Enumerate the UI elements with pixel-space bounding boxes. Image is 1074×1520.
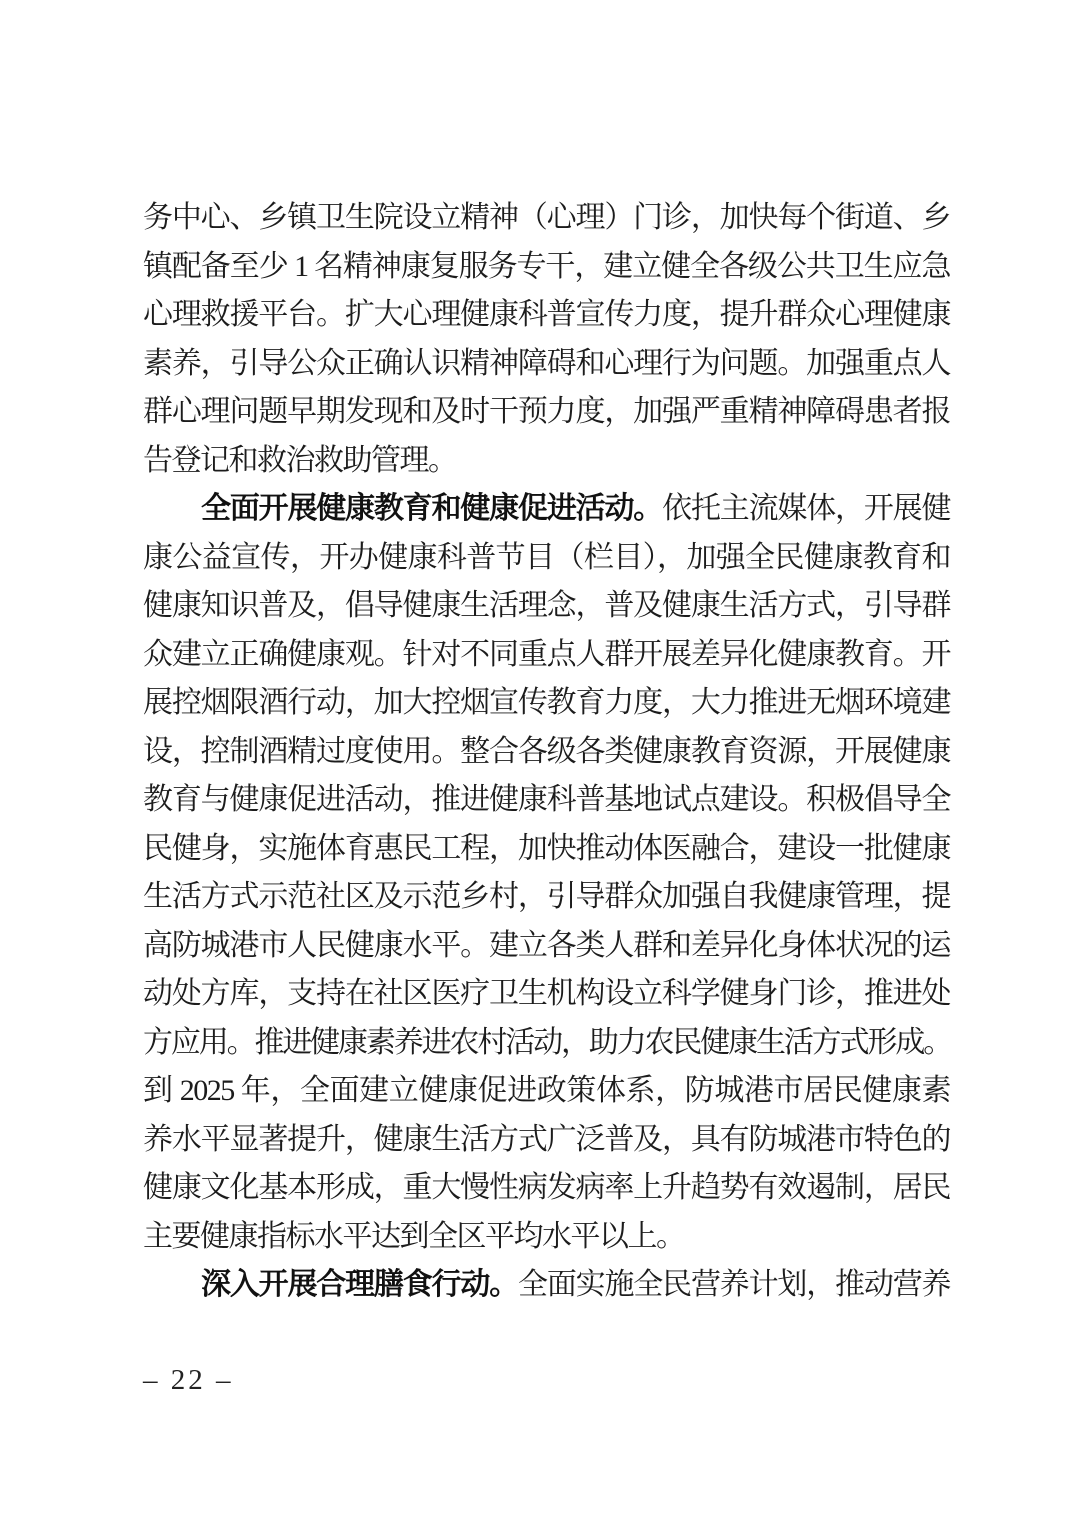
text-line: 全面开展健康教育和健康促进活动。依托主流媒体，开展健 bbox=[143, 485, 950, 534]
line-text: 方应用。推进健康素养进农村活动，助力农民健康生活方式形成。 bbox=[143, 1026, 950, 1059]
paragraph-heading: 深入开展合理膳食行动。 bbox=[201, 1268, 518, 1301]
paragraph-heading: 全面开展健康教育和健康促进活动。 bbox=[201, 492, 662, 525]
text-line: 务中心、乡镇卫生院设立精神（心理）门诊，加快每个街道、乡 bbox=[143, 194, 950, 243]
line-text: 康公益宣传，开办健康科普节目（栏目），加强全民健康教育和 bbox=[143, 541, 950, 574]
text-line: 心理救援平台。扩大心理健康科普宣传力度，提升群众心理健康 bbox=[143, 291, 950, 340]
document-body: 务中心、乡镇卫生院设立精神（心理）门诊，加快每个街道、乡 镇配备至少 1 名精神… bbox=[143, 194, 950, 1310]
line-text: 民健身，实施体育惠民工程，加快推动体医融合，建设一批健康 bbox=[143, 832, 950, 865]
line-text: 养水平显著提升，健康生活方式广泛普及，具有防城港市特色的 bbox=[143, 1123, 950, 1156]
text-line: 养水平显著提升，健康生活方式广泛普及，具有防城港市特色的 bbox=[143, 1116, 950, 1165]
document-page: 务中心、乡镇卫生院设立精神（心理）门诊，加快每个街道、乡 镇配备至少 1 名精神… bbox=[0, 0, 1074, 1520]
line-text: 设，控制酒精过度使用。整合各级各类健康教育资源，开展健康 bbox=[143, 735, 950, 768]
text-line: 教育与健康促进活动，推进健康科普基地试点建设。积极倡导全 bbox=[143, 776, 950, 825]
text-line: 健康知识普及，倡导健康生活理念，普及健康生活方式，引导群 bbox=[143, 582, 950, 631]
text-line: 设，控制酒精过度使用。整合各级各类健康教育资源，开展健康 bbox=[143, 728, 950, 777]
text-line: 镇配备至少 1 名精神康复服务专干，建立健全各级公共卫生应急 bbox=[143, 243, 950, 292]
line-text: 健康文化基本形成，重大慢性病发病率上升趋势有效遏制，居民 bbox=[143, 1171, 950, 1204]
line-text: 教育与健康促进活动，推进健康科普基地试点建设。积极倡导全 bbox=[143, 783, 950, 816]
text-line: 到 2025 年，全面建立健康促进政策体系，防城港市居民健康素 bbox=[143, 1067, 950, 1116]
text-line: 众建立正确健康观。针对不同重点人群开展差异化健康教育。开 bbox=[143, 631, 950, 680]
line-text: 高防城港市人民健康水平。建立各类人群和差异化身体状况的运 bbox=[143, 929, 950, 962]
text-line: 方应用。推进健康素养进农村活动，助力农民健康生活方式形成。 bbox=[143, 1019, 950, 1068]
text-line: 主要健康指标水平达到全区平均水平以上。 bbox=[143, 1213, 950, 1262]
line-text: 到 2025 年，全面建立健康促进政策体系，防城港市居民健康素 bbox=[143, 1074, 950, 1107]
line-text: 群心理问题早期发现和及时干预力度，加强严重精神障碍患者报 bbox=[143, 395, 950, 428]
line-text: 生活方式示范社区及示范乡村，引导群众加强自我健康管理，提 bbox=[143, 880, 950, 913]
text-line: 动处方库，支持在社区医疗卫生机构设立科学健身门诊，推进处 bbox=[143, 970, 950, 1019]
text-line: 高防城港市人民健康水平。建立各类人群和差异化身体状况的运 bbox=[143, 922, 950, 971]
text-line: 康公益宣传，开办健康科普节目（栏目），加强全民健康教育和 bbox=[143, 534, 950, 583]
line-text: 主要健康指标水平达到全区平均水平以上。 bbox=[143, 1220, 685, 1253]
page-number: – 22 – bbox=[143, 1364, 234, 1397]
text-line: 告登记和救治救助管理。 bbox=[143, 437, 950, 486]
text-line: 健康文化基本形成，重大慢性病发病率上升趋势有效遏制，居民 bbox=[143, 1164, 950, 1213]
text-line: 深入开展合理膳食行动。全面实施全民营养计划，推动营养 bbox=[143, 1261, 950, 1310]
text-line: 生活方式示范社区及示范乡村，引导群众加强自我健康管理，提 bbox=[143, 873, 950, 922]
text-line: 素养，引导公众正确认识精神障碍和心理行为问题。加强重点人 bbox=[143, 340, 950, 389]
line-text: 众建立正确健康观。针对不同重点人群开展差异化健康教育。开 bbox=[143, 638, 950, 671]
line-text: 心理救援平台。扩大心理健康科普宣传力度，提升群众心理健康 bbox=[143, 298, 950, 331]
line-text: 全面实施全民营养计划，推动营养 bbox=[518, 1268, 950, 1301]
line-text: 务中心、乡镇卫生院设立精神（心理）门诊，加快每个街道、乡 bbox=[143, 201, 950, 234]
line-text: 告登记和救治救助管理。 bbox=[143, 444, 457, 477]
line-text: 动处方库，支持在社区医疗卫生机构设立科学健身门诊，推进处 bbox=[143, 977, 950, 1010]
text-line: 展控烟限酒行动，加大控烟宣传教育力度，大力推进无烟环境建 bbox=[143, 679, 950, 728]
line-text: 健康知识普及，倡导健康生活理念，普及健康生活方式，引导群 bbox=[143, 589, 950, 622]
line-text: 素养，引导公众正确认识精神障碍和心理行为问题。加强重点人 bbox=[143, 347, 950, 380]
text-line: 民健身，实施体育惠民工程，加快推动体医融合，建设一批健康 bbox=[143, 825, 950, 874]
line-text: 镇配备至少 1 名精神康复服务专干，建立健全各级公共卫生应急 bbox=[143, 250, 950, 283]
line-text: 依托主流媒体，开展健 bbox=[662, 492, 950, 525]
line-text: 展控烟限酒行动，加大控烟宣传教育力度，大力推进无烟环境建 bbox=[143, 686, 950, 719]
text-line: 群心理问题早期发现和及时干预力度，加强严重精神障碍患者报 bbox=[143, 388, 950, 437]
